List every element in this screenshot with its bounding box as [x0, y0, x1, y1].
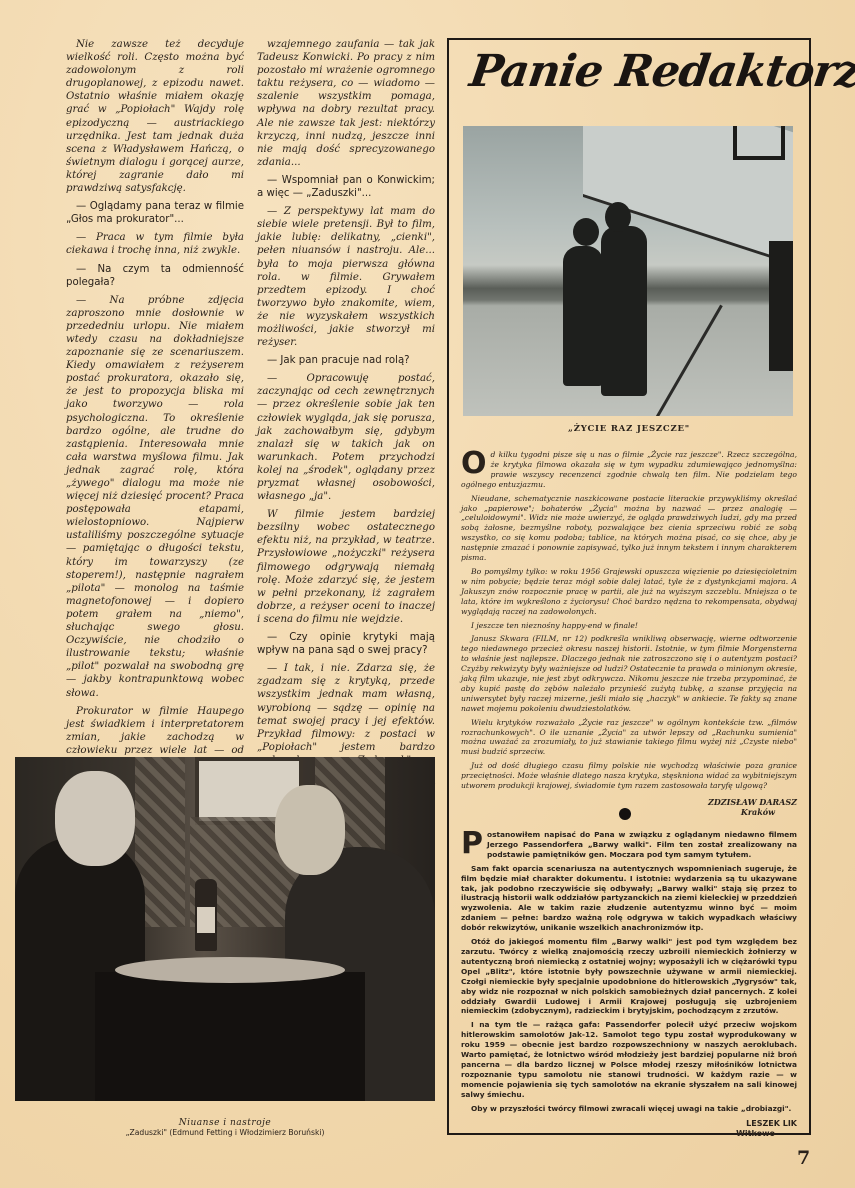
- bottle-label: [197, 907, 215, 933]
- table-shadow: [95, 972, 365, 1101]
- letter-paragraph: I jeszcze ten nieznośny happy-end w fina…: [461, 621, 797, 631]
- letter-paragraph: Sam fakt oparcia scenariusza na autentyc…: [461, 864, 797, 933]
- interview-answer: Nie zawsze też decyduje wielkość roli. C…: [66, 38, 244, 195]
- section-masthead: Panie Redaktorze!: [464, 46, 804, 114]
- page-number: 7: [797, 1147, 810, 1169]
- aircraft-marking: [733, 126, 785, 160]
- photo-caption: Niuanse i nastroje „Zaduszki" (Edmund Fe…: [15, 1118, 435, 1137]
- photo-caption-title: Niuanse i nastroje: [15, 1118, 435, 1128]
- letter-signature: LESZEK LIK Witkowo: [461, 1119, 797, 1139]
- film-still-zycie-raz-jeszcze: [463, 126, 793, 416]
- table-top: [115, 957, 345, 983]
- letter-place: Witkowo: [461, 1129, 797, 1139]
- interview-answer: — Z perspektywy lat mam do siebie wiele …: [257, 205, 435, 349]
- letter-paragraph: Już od dość długiego czasu filmy polskie…: [461, 761, 797, 791]
- interview-answer: — Na próbne zdjęcia zaproszono mnie dosł…: [66, 294, 244, 700]
- photo-caption-zycie: „ŻYCIE RAZ JESZCZE": [449, 424, 809, 434]
- interview-question: — Na czym ta odmienność polegała?: [66, 263, 244, 289]
- interview-answer: wzajemnego zaufania — tak jak Tadeusz Ko…: [257, 38, 435, 169]
- interview-column-2: wzajemnego zaufania — tak jak Tadeusz Ko…: [257, 38, 435, 865]
- letter-paragraph: Bo pomyślmy tylko: w roku 1956 Grajewski…: [461, 567, 797, 617]
- interview-question: — Wspomniał pan o Konwickim; a więc — „Z…: [257, 174, 435, 200]
- letter-paragraph: I na tym tle — rażąca gafa: Passendorfer…: [461, 1020, 797, 1099]
- letter-paragraph: Wielu krytyków rozważało „Życie raz jesz…: [461, 718, 797, 758]
- letter-lik: Postanowiłem napisać do Pana w związku z…: [461, 830, 797, 1139]
- letter-paragraph: Oby w przyszłości twórcy filmowi zwracal…: [461, 1104, 797, 1114]
- photo-caption-credit: „Zaduszki" (Edmund Fetting i Włodzimierz…: [15, 1128, 435, 1137]
- letter-paragraph: Postanowiłem napisać do Pana w związku z…: [461, 830, 797, 860]
- letter-darasz: Od kilku tygodni pisze się u nas o filmi…: [461, 450, 797, 817]
- letter-paragraph: Janusz Skwara (FILM, nr 12) podkreśla wn…: [461, 634, 797, 713]
- figure-woman: [563, 246, 603, 386]
- film-still-zaduszki: [15, 757, 435, 1101]
- letter-text: d kilku tygodni pisze się u nas o filmie…: [461, 450, 797, 489]
- interview-question: — Oglądamy pana teraz w filmie „Głos ma …: [66, 200, 244, 226]
- letter-author: ZDZISŁAW DARASZ: [461, 797, 797, 807]
- drop-cap: O: [461, 452, 487, 476]
- actor-right-head: [275, 785, 345, 875]
- letters-to-editor-box: Panie Redaktorze! „ŻYCIE RAZ JESZCZE" Od…: [447, 38, 811, 1135]
- figure-man: [601, 226, 647, 396]
- interview-answer: W filmie jestem bardziej bezsilny wobec …: [257, 508, 435, 626]
- drop-cap: P: [461, 832, 483, 856]
- aircraft-fuselage: [769, 241, 793, 371]
- interview-question: — Czy opinie krytyki mają wpływ na pana …: [257, 631, 435, 657]
- runway-line: [650, 305, 723, 416]
- actor-left-head: [55, 771, 135, 866]
- figure-man-head: [605, 202, 631, 232]
- separator-bullet-icon: [619, 808, 631, 820]
- figure-woman-head: [573, 218, 599, 246]
- interview-answer: — Praca w tym filmie była ciekawa i troc…: [66, 231, 244, 257]
- interview-question: — Jak pan pracuje nad rolą?: [257, 354, 435, 367]
- letter-paragraph: Otóż do jakiegoś momentu film „Barwy wal…: [461, 937, 797, 1016]
- letter-paragraph: Od kilku tygodni pisze się u nas o filmi…: [461, 450, 797, 490]
- letter-author: LESZEK LIK: [461, 1119, 797, 1129]
- letter-text: ostanowiłem napisać do Pana w związku z …: [487, 830, 797, 859]
- letter-paragraph: Nieudane, schematycznie naszkicowane pos…: [461, 494, 797, 563]
- interview-answer: — Opracowuję postać, zaczynając od cech …: [257, 372, 435, 503]
